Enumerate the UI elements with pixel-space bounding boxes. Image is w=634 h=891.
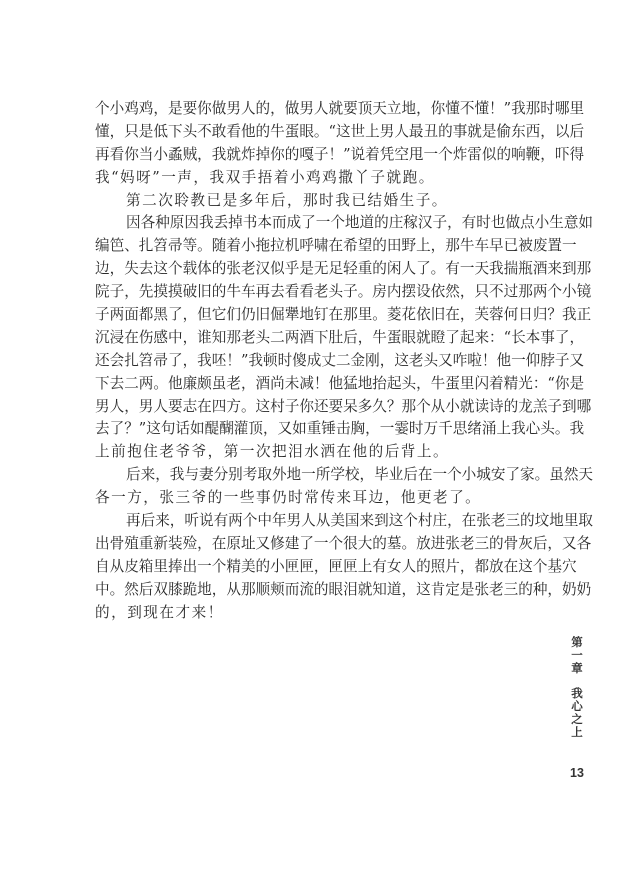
- page-number: 13: [563, 766, 591, 780]
- text-line: 自从皮箱里捧出一个精美的小匣匣，匣匣上有女人的照片，都放在这个基穴: [95, 556, 549, 579]
- chapter-marker-gap: [569, 676, 585, 687]
- text-line: 各一方，张三爷的一些事仍时常传来耳边，他更老了。: [95, 487, 549, 510]
- text-line: 我“妈呀”一声，我双手捂着小鸡鸡撒丫子就跑。: [95, 167, 549, 190]
- text-line: 编笆、扎笤帚等。随着小拖拉机呼啸在希望的田野上，那牛车早已被废置一: [95, 235, 549, 258]
- text-line: 男人，男人要志在四方。这村子你还要呆多久？那个从小就读诗的龙羔子到哪: [95, 396, 549, 419]
- paragraph-start-line: 因各种原因我丢掉书本而成了一个地道的庄稼汉子，有时也做点小生意如: [95, 212, 549, 235]
- text-line: 再看你当小蟊贼，我就炸掉你的嘎子！”说着凭空甩一个炸雷似的响鞭，吓得: [95, 144, 549, 167]
- text-line: 上前抱住老爷爷，第一次把泪水洒在他的后背上。: [95, 441, 549, 464]
- paragraph-start-line: 第二次聆教已是多年后，那时我已结婚生子。: [95, 190, 549, 213]
- text-line: 院子，先摸摸破旧的牛车再去看看老头子。房内摆设依然，只不过那两个小镜: [95, 281, 549, 304]
- chapter-label-char: 章: [569, 662, 585, 675]
- text-line: 的，到现在才来！: [95, 602, 549, 625]
- text-line: 个小鸡鸡，是要你做男人的，做男人就要顶天立地，你懂不懂！”我那时哪里: [95, 98, 549, 121]
- chapter-title-char: 我: [569, 687, 585, 700]
- text-line: 懂，只是低下头不敢看他的牛蛋眼。“这世上男人最丑的事就是偷东西，以后: [95, 121, 549, 144]
- chapter-title-char: 上: [569, 726, 585, 739]
- text-line: 沉浸在伤感中，谁知那老头二两酒下肚后，牛蛋眼就瞪了起来：“长本事了，: [95, 327, 549, 350]
- text-line: 子两面都黑了，但它们仍旧倔犟地钉在那里。菱花依旧在，芙蓉何日归？我正: [95, 304, 549, 327]
- body-text: 个小鸡鸡，是要你做男人的，做男人就要顶天立地，你懂不懂！”我那时哪里 懂，只是低…: [95, 98, 549, 624]
- text-line: 去了？”这句话如醍醐灌顶，又如重锤击胸，一霎时万千思绪涌上我心头。我: [95, 418, 549, 441]
- book-page: 个小鸡鸡，是要你做男人的，做男人就要顶天立地，你懂不懂！”我那时哪里 懂，只是低…: [0, 0, 634, 891]
- chapter-marker: 第 一 章 我 心 之 上: [569, 636, 585, 739]
- paragraph-start-line: 再后来，听说有两个中年男人从美国来到这个村庄，在张老三的坟地里取: [95, 510, 549, 533]
- text-line: 还会扎笤帚了，我呸！”我顿时傻成丈二金刚，这老头又咋啦！他一仰脖子又: [95, 350, 549, 373]
- text-line: 出骨殖重新装殓，在原址又修建了一个很大的墓。放进张老三的骨灰后，又各: [95, 533, 549, 556]
- text-line: 下去二两。他廉颇虽老，酒尚未减！他猛地抬起头，牛蛋里闪着精光：“你是: [95, 373, 549, 396]
- paragraph-start-line: 后来，我与妻分别考取外地一所学校，毕业后在一个小城安了家。虽然天: [95, 464, 549, 487]
- chapter-title-char: 心: [569, 700, 585, 713]
- text-line: 中。然后双膝跪地，从那顺颊而流的眼泪就知道，这肯定是张老三的种，奶奶: [95, 579, 549, 602]
- text-line: 边，失去这个载体的张老汉似乎是无足轻重的闲人了。有一天我揣瓶酒来到那: [95, 258, 549, 281]
